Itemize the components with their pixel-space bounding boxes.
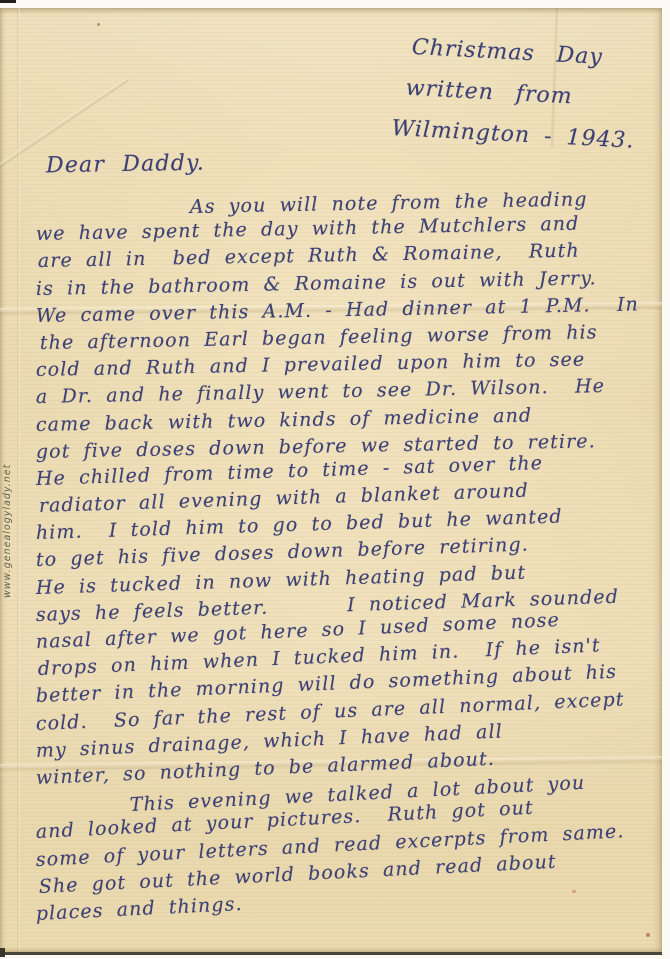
- scanned-letter: www.genealogylady.net Christmas Day writ…: [0, 0, 670, 959]
- letter-body: As you will note from the heading we hav…: [36, 194, 660, 928]
- letter-heading: Christmas Day written from Wilmington - …: [389, 26, 662, 163]
- paper-speck: [97, 23, 100, 26]
- scan-edge-mark-top: [0, 0, 16, 3]
- letter-page: www.genealogylady.net Christmas Day writ…: [0, 8, 662, 952]
- salutation: Dear Daddy.: [46, 151, 205, 179]
- scan-edge-mark-bottom: [0, 948, 5, 957]
- watermark: www.genealogylady.net: [2, 428, 13, 598]
- left-edge-crease: [17, 8, 20, 952]
- paper-speck: [646, 933, 650, 937]
